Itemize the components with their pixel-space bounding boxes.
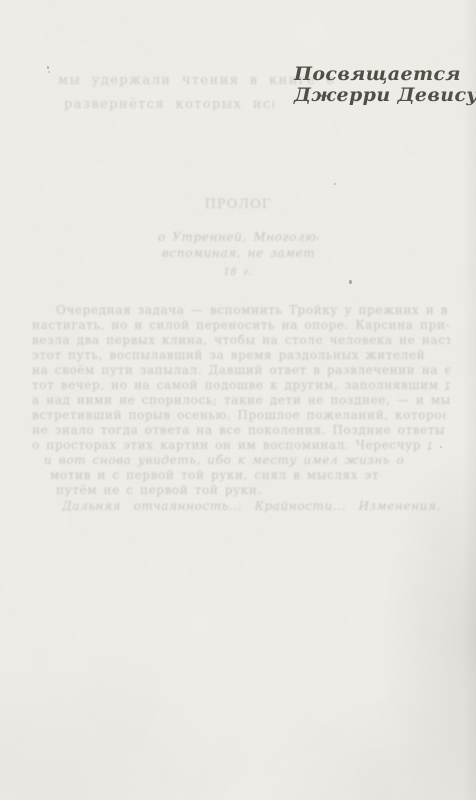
ghost-body-line: встретивший порыв осенью. Прошлое пожела… xyxy=(32,409,446,422)
ghost-body-line: тот вечер, но на самой подошве к другим,… xyxy=(32,379,450,392)
ghost-body-line: путём не с первой той руки. xyxy=(56,484,296,497)
ink-speck xyxy=(349,280,352,284)
ghost-body-line: о просторах этих картин он им воспоминал… xyxy=(32,439,432,452)
ghost-body-line: настигать, но и силой переносить на опор… xyxy=(32,319,450,332)
ghost-body-line: Дальняя отчаянность... Крайности... Изме… xyxy=(62,500,442,513)
ghost-heading: ПРОЛОГ xyxy=(150,198,326,211)
ghost-body-line: не знало тогда ответа на все поколения. … xyxy=(32,424,444,437)
scanned-book-page: мы удержали чтения в книге от самых высо… xyxy=(0,0,476,800)
ghost-body-line: Очередная задача — вспомнить Тройку у пр… xyxy=(56,304,450,317)
dedication: Посвящается Джерри Девису xyxy=(294,64,476,106)
ink-speck xyxy=(440,446,442,448)
dedication-line-2: Джерри Девису xyxy=(294,85,476,106)
ghost-body-line: везла два первых клина, чтобы на столе ч… xyxy=(32,334,450,347)
ghost-subtitle-line: о Утренней, Многолюдной xyxy=(158,231,318,244)
ghost-subtitle-line: 18 г. xyxy=(214,266,262,279)
ghost-body-line: на своём пути запылал. Давший ответ в ра… xyxy=(32,364,450,377)
ghost-text-line: мы удержали чтения в книге от самых высо… xyxy=(58,74,333,87)
ghost-body-line: а над ними не спорилось; такие дети не п… xyxy=(32,394,450,407)
ink-speck xyxy=(334,183,336,185)
ghost-body-line: этот путь, воспылавший за время раздольн… xyxy=(32,349,450,362)
ghost-body-line: мотив и с первой той руки, снял в мыслях… xyxy=(50,469,380,482)
ghost-body-line: и вот снова увидеть, ибо к месту имел жи… xyxy=(44,454,404,467)
dedication-line-1: Посвящается xyxy=(294,64,476,85)
ink-speck xyxy=(47,66,49,69)
ghost-subtitle-line: вспоминая, не заметили xyxy=(162,247,314,260)
ghost-text-line: развернётся которых испытать мыслей xyxy=(64,98,274,111)
ink-speck xyxy=(48,71,50,73)
